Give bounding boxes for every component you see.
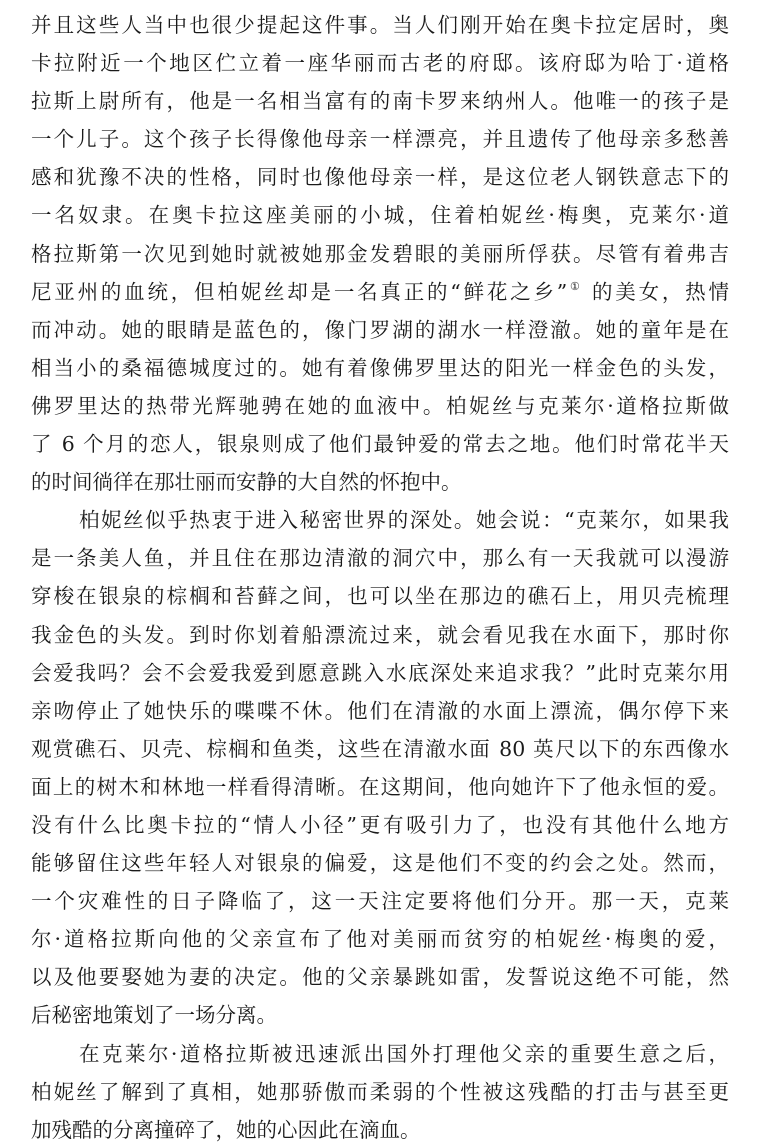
text-line: 没有什么比奥卡拉的“情人小径”更有吸引力了，也没有其他什么地方: [31, 806, 729, 844]
text-line-with-footnote: 尼亚州的血统，但柏妮丝却是一名真正的“鲜花之乡”① 的美女，热情: [31, 273, 729, 311]
text-line: 亲吻停止了她快乐的喋喋不休。他们在清澈的水面上漂流，偶尔停下来: [31, 692, 729, 730]
text-line: 尔·道格拉斯向他的父亲宣布了他对美丽而贫穷的柏妮丝·梅奥的爱，: [31, 920, 729, 958]
text-line: 佛罗里达的热带光辉驰骋在她的血液中。柏妮丝与克莱尔·道格拉斯做: [31, 387, 729, 425]
text-line: 卡拉附近一个地区伫立着一座华丽而古老的府邸。该府邸为哈丁·道格: [31, 44, 729, 82]
text-line: 柏妮丝似乎热衷于进入秘密世界的深处。她会说：“克莱尔，如果我: [31, 501, 729, 539]
text-line: 加残酷的分离撞碎了，她的心因此在滴血。: [31, 1111, 729, 1144]
text-line: 相当小的桑福德城度过的。她有着像佛罗里达的阳光一样金色的头发，: [31, 349, 729, 387]
text-line: 是一条美人鱼，并且住在那边清澈的洞穴中，那么有一天我就可以漫游: [31, 539, 729, 577]
text-line: 感和犹豫不决的性格，同时也像他母亲一样，是这位老人钢铁意志下的: [31, 158, 729, 196]
text-line: 格拉斯第一次见到她时就被她那金发碧眼的美丽所俘获。尽管有着弗吉: [31, 235, 729, 273]
text-line: 而冲动。她的眼睛是蓝色的，像门罗湖的湖水一样澄澈。她的童年是在: [31, 311, 729, 349]
text-line: 的时间徜徉在那壮丽而安静的大自然的怀抱中。: [31, 463, 729, 501]
paragraph-1: 并且这些人当中也很少提起这件事。当人们刚开始在奥卡拉定居时，奥 卡拉附近一个地区…: [31, 6, 729, 501]
text-line: 一个灾难性的日子降临了，这一天注定要将他们分开。那一天，克莱: [31, 882, 729, 920]
book-page: 并且这些人当中也很少提起这件事。当人们刚开始在奥卡拉定居时，奥 卡拉附近一个地区…: [31, 6, 729, 1144]
text-line: 柏妮丝了解到了真相，她那骄傲而柔弱的个性被这残酷的打击与甚至更: [31, 1073, 729, 1111]
text-line: 会爱我吗？会不会爱我爱到愿意跳入水底深处来追求我？”此时克莱尔用: [31, 654, 729, 692]
text-line: 以及他要娶她为妻的决定。他的父亲暴跳如雷，发誓说这绝不可能，然: [31, 958, 729, 996]
text-line: 穿梭在银泉的棕榈和苔藓之间，也可以坐在那边的礁石上，用贝壳梳理: [31, 577, 729, 615]
text-line: 拉斯上尉所有，他是一名相当富有的南卡罗来纳州人。他唯一的孩子是: [31, 82, 729, 120]
paragraph-2: 柏妮丝似乎热衷于进入秘密世界的深处。她会说：“克莱尔，如果我 是一条美人鱼，并且…: [31, 501, 729, 1034]
text-segment: 尼亚州的血统，但柏妮丝却是一名真正的“鲜花之乡”: [31, 280, 567, 304]
text-line: 面上的树木和林地一样看得清晰。在这期间，他向她许下了他永恒的爱。: [31, 768, 729, 806]
text-line: 并且这些人当中也很少提起这件事。当人们刚开始在奥卡拉定居时，奥: [31, 6, 729, 44]
text-line: 在克莱尔·道格拉斯被迅速派出国外打理他父亲的重要生意之后，: [31, 1035, 729, 1073]
paragraph-3: 在克莱尔·道格拉斯被迅速派出国外打理他父亲的重要生意之后， 柏妮丝了解到了真相，…: [31, 1035, 729, 1144]
text-line: 能够留住这些年轻人对银泉的偏爱，这是他们不变的约会之处。然而，: [31, 844, 729, 882]
text-line: 后秘密地策划了一场分离。: [31, 996, 729, 1034]
text-line: 一个儿子。这个孩子长得像他母亲一样漂亮，并且遗传了他母亲多愁善: [31, 120, 729, 158]
text-line: 一名奴隶。在奥卡拉这座美丽的小城，住着柏妮丝·梅奥，克莱尔·道: [31, 196, 729, 234]
text-segment: 的美女，热情: [583, 280, 729, 304]
text-line: 观赏礁石、贝壳、棕榈和鱼类，这些在清澈水面 80 英尺以下的东西像水: [31, 730, 729, 768]
footnote-marker[interactable]: ①: [567, 280, 582, 293]
text-line: 我金色的头发。到时你划着船漂流过来，就会看见我在水面下，那时你: [31, 616, 729, 654]
text-line: 了 6 个月的恋人，银泉则成了他们最钟爱的常去之地。他们时常花半天: [31, 425, 729, 463]
